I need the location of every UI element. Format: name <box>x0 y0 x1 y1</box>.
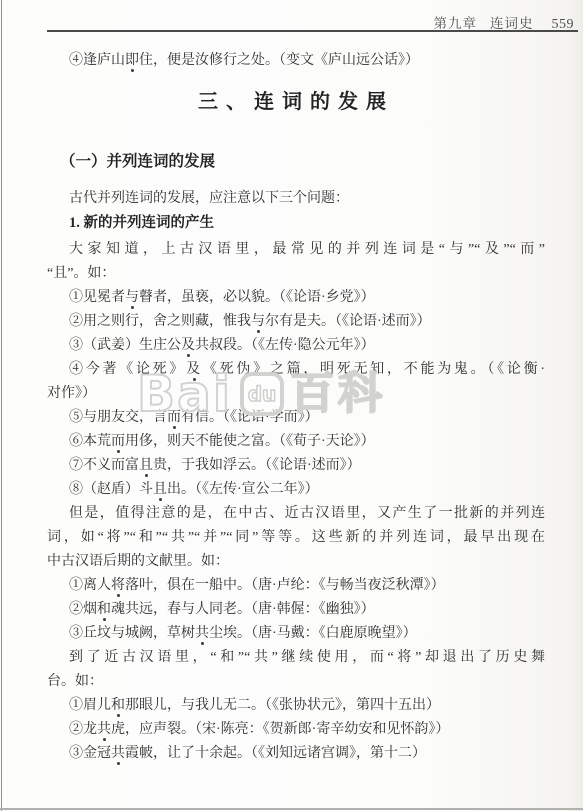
emphasis-char: 及 <box>181 338 195 353</box>
text-line: 中古汉语后期的文献里。如： <box>47 550 545 574</box>
example-item: ①眉儿和那眼儿，与我儿无二。（《张协状元》，第四十五出） <box>47 694 545 718</box>
section-title: 三、连词的发展 <box>47 87 545 117</box>
emphasis-char: 共 <box>97 722 111 737</box>
text-line: ①见冕者与瞽者，虽亵，必以貌。（《论语·乡党》） <box>47 286 545 310</box>
emphasis-char: 且 <box>153 482 167 497</box>
text-line: 对作》） <box>47 382 545 406</box>
text-line: ②用之则行，舍之则藏，惟我与尔有是夫。（《论语·述而》） <box>47 310 545 334</box>
example-item: ④逢庐山即住，便是汝修行之处。（变文《庐山远公话》） <box>47 49 545 73</box>
text-line: 词，如“将”“和”“共”“并”“同”等等。这些新的并列连词，最早出现在 <box>47 526 545 550</box>
book-page: 第九章 连词史 559 ④逢庐山即住，便是汝修行之处。（变文《庐山远公话》）三、… <box>0 0 583 811</box>
emphasis-char: 将 <box>111 578 125 593</box>
example-item: ①见冕者与瞽者，虽亵，必以貌。（《论语·乡党》） <box>47 286 545 310</box>
scan-bottom-edge <box>0 808 583 810</box>
text-line: ⑤与朋友交，言而有信。（《论语·学而》） <box>47 406 545 430</box>
example-item: ⑤与朋友交，言而有信。（《论语·学而》） <box>47 406 545 430</box>
text-line: 但是，值得注意的是，在中古、近古汉语里，又产生了一批新的并列连 <box>47 502 545 526</box>
example-item: ④今著《论死》及《死伪》之篇，明死无知，不能为鬼。（《论衡·对作》） <box>47 358 545 406</box>
example-item: ②用之则行，舍之则藏，惟我与尔有是夫。（《论语·述而》） <box>47 310 545 334</box>
text-line: 1. 新的并列连词的产生 <box>47 211 545 235</box>
text-line: 古代并列连词的发展，应注意以下三个问题： <box>47 187 545 211</box>
text-line: 到了近古汉语里，“和”“共”继续使用，而“将”却退出了历史舞 <box>47 646 545 670</box>
chapter-label: 第九章 <box>434 12 478 32</box>
body-paragraph: 到了近古汉语里，“和”“共”继续使用，而“将”却退出了历史舞台。如： <box>47 646 545 694</box>
text-line: ③金冠共霞帔，让了十余起。（《刘知远诸宫调》，第十二） <box>47 742 545 766</box>
chapter-title-label: 连词史 <box>490 12 534 32</box>
example-item: ③金冠共霞帔，让了十余起。（《刘知远诸宫调》，第十二） <box>47 742 545 766</box>
example-item: ③丘坟与城阙，草树共尘埃。（唐·马戴：《白鹿原晚望》） <box>47 622 545 646</box>
emphasis-char: 和 <box>97 602 111 617</box>
emphasis-char: 与 <box>125 290 139 305</box>
emphasis-char: 即 <box>125 53 139 68</box>
text-line: ④逢庐山即住，便是汝修行之处。（变文《庐山远公话》） <box>47 49 545 73</box>
example-item: ⑦不义而富且贵，于我如浮云。（《论语·述而》） <box>47 454 545 478</box>
example-item: ③（武姜）生庄公及共叔段。（《左传·隐公元年》） <box>47 334 545 358</box>
emphasis-char: 和 <box>111 698 125 713</box>
example-item: ⑥本荒而用侈，则天不能使之富。（《荀子·天论》） <box>47 430 545 454</box>
subsection-heading: （一）并列连词的发展 <box>47 150 545 174</box>
example-item: ①离人将落叶，俱在一船中。（唐·卢纶：《与畅当夜泛秋潭》） <box>47 574 545 598</box>
text-line: ⑦不义而富且贵，于我如浮云。（《论语·述而》） <box>47 454 545 478</box>
text-line: ①眉儿和那眼儿，与我儿无二。（《张协状元》，第四十五出） <box>47 694 545 718</box>
text-line: “且”。如： <box>47 262 545 286</box>
numbered-point: 1. 新的并列连词的产生 <box>47 211 545 235</box>
text-line: 大家知道，上古汉语里，最常见的并列连词是“与”“及”“而” <box>47 238 545 262</box>
text-line: 三、连词的发展 <box>47 87 545 117</box>
text-line: ②龙共虎，应声裂。（宋·陈亮：《贺新郎·寄辛幼安和见怀韵》） <box>47 718 545 742</box>
emphasis-char: 而 <box>167 410 181 425</box>
scan-left-edge <box>1 0 2 811</box>
text-line: ④今著《论死》及《死伪》之篇，明死无知，不能为鬼。（《论衡· <box>47 358 545 382</box>
body-paragraph: 但是，值得注意的是，在中古、近古汉语里，又产生了一批新的并列连词，如“将”“和”… <box>47 502 545 574</box>
example-item: ⑧（赵盾）斗且出。（《左传·宣公二年》） <box>47 478 545 502</box>
text-line: ①离人将落叶，俱在一船中。（唐·卢纶：《与畅当夜泛秋潭》） <box>47 574 545 598</box>
emphasis-char: 与 <box>251 314 265 329</box>
text-line: ⑥本荒而用侈，则天不能使之富。（《荀子·天论》） <box>47 430 545 454</box>
emphasis-char: 共 <box>195 626 209 641</box>
text-line: ③（武姜）生庄公及共叔段。（《左传·隐公元年》） <box>47 334 545 358</box>
emphasis-char: 共 <box>111 746 125 761</box>
text-line: （一）并列连词的发展 <box>60 150 545 174</box>
body-paragraph: 大家知道，上古汉语里，最常见的并列连词是“与”“及”“而”“且”。如： <box>47 238 545 286</box>
body-paragraph: 古代并列连词的发展，应注意以下三个问题： <box>47 187 545 211</box>
example-item: ②龙共虎，应声裂。（宋·陈亮：《贺新郎·寄辛幼安和见怀韵》） <box>47 718 545 742</box>
text-line: ③丘坟与城阙，草树共尘埃。（唐·马戴：《白鹿原晚望》） <box>47 622 545 646</box>
text-line: ⑧（赵盾）斗且出。（《左传·宣公二年》） <box>47 478 545 502</box>
emphasis-char: 而 <box>111 434 125 449</box>
text-line: 台。如： <box>47 670 545 694</box>
emphasis-char: 且 <box>139 458 153 473</box>
text-line: ②烟和魂共远，春与人同老。（唐·韩偓：《幽独》） <box>47 598 545 622</box>
page-content: ④逢庐山即住，便是汝修行之处。（变文《庐山远公话》）三、连词的发展（一）并列连词… <box>47 32 545 766</box>
example-item: ②烟和魂共远，春与人同老。（唐·韩偓：《幽独》） <box>47 598 545 622</box>
emphasis-char: 及 <box>186 362 203 377</box>
